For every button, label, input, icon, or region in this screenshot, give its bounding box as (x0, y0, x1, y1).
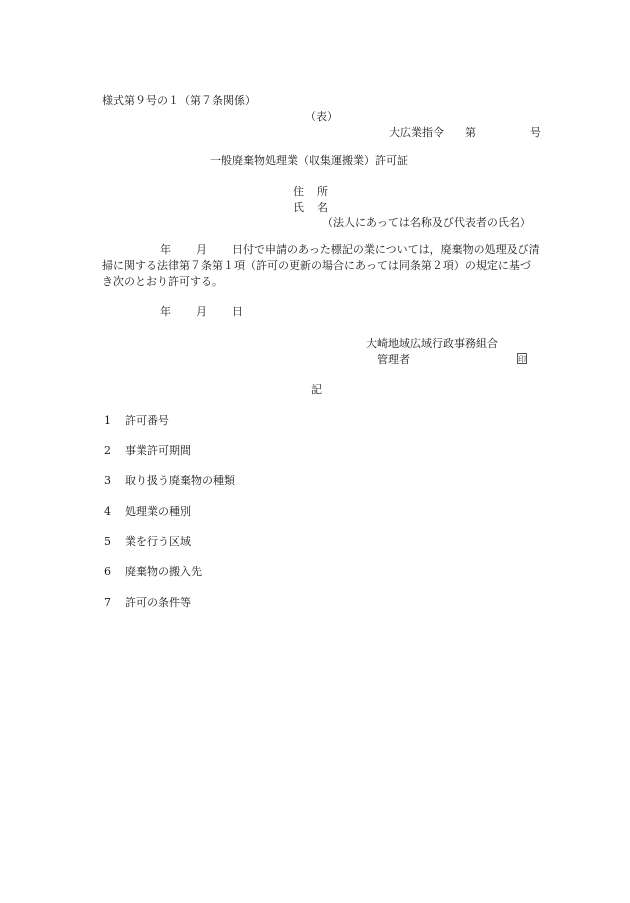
list-item: 5業を行う区域 (104, 536, 191, 547)
issuer-title: 管理者 (377, 354, 410, 365)
ki-heading: 記 (311, 384, 322, 395)
document-title: 一般廃棄物処理業（収集運搬業）許可証 (210, 155, 408, 166)
item-number: 6 (104, 566, 125, 577)
list-item: 6廃棄物の搬入先 (104, 566, 202, 577)
item-label: 廃棄物の搬入先 (125, 565, 202, 578)
item-number: 4 (104, 506, 125, 517)
body-line-1: 日付で申請のあった標記の業については，廃棄物の処理及び清 (232, 244, 540, 255)
item-number: 2 (104, 445, 125, 456)
body-date-month: 月 (196, 244, 207, 255)
number-dai: 第 (465, 127, 476, 138)
number-directive: 指令 (422, 127, 444, 138)
seal-icon: 印 (517, 353, 527, 364)
item-label: 許可の条件等 (125, 596, 191, 609)
list-item: 7許可の条件等 (104, 597, 191, 608)
body-date-year: 年 (160, 244, 171, 255)
number-prefix: 大広業 (389, 127, 422, 138)
name-label-1: 氏 (293, 202, 304, 213)
item-number: 1 (104, 415, 125, 426)
number-go: 号 (530, 127, 541, 138)
address-label-2: 所 (317, 186, 328, 197)
list-item: 2事業許可期間 (104, 445, 191, 456)
permit-document-page: 様式第９号の１（第７条関係） （表） 大広業 指令 第 号 一般廃棄物処理業（収… (0, 0, 630, 903)
address-label-1: 住 (293, 186, 304, 197)
name-label-2: 名 (317, 202, 328, 213)
body-line-3: き次のとおり許可する。 (102, 276, 223, 287)
body-line-2: 掃に関する法律第７条第１項（許可の更新の場合にあっては同条第２項）の規定に基づ (102, 260, 531, 271)
item-label: 取り扱う廃棄物の種類 (125, 474, 235, 487)
item-number: 5 (104, 536, 125, 547)
item-label: 処理業の種別 (125, 505, 191, 518)
issuer-organization: 大崎地域広域行政事務組合 (366, 338, 498, 349)
item-number: 3 (104, 475, 125, 486)
item-number: 7 (104, 597, 125, 608)
item-label: 事業許可期間 (125, 444, 191, 457)
list-item: 3取り扱う廃棄物の種類 (104, 475, 235, 486)
issue-month: 月 (196, 306, 207, 317)
applicant-note: （法人にあっては名称及び代表者の氏名） (322, 217, 531, 228)
form-label: 様式第９号の１（第７条関係） (102, 95, 256, 106)
issue-year: 年 (160, 306, 171, 317)
side-label: （表） (305, 111, 338, 122)
item-label: 許可番号 (125, 414, 169, 427)
list-item: 4処理業の種別 (104, 506, 191, 517)
list-item: 1許可番号 (104, 415, 169, 426)
item-label: 業を行う区域 (125, 535, 191, 548)
issue-day: 日 (232, 306, 243, 317)
